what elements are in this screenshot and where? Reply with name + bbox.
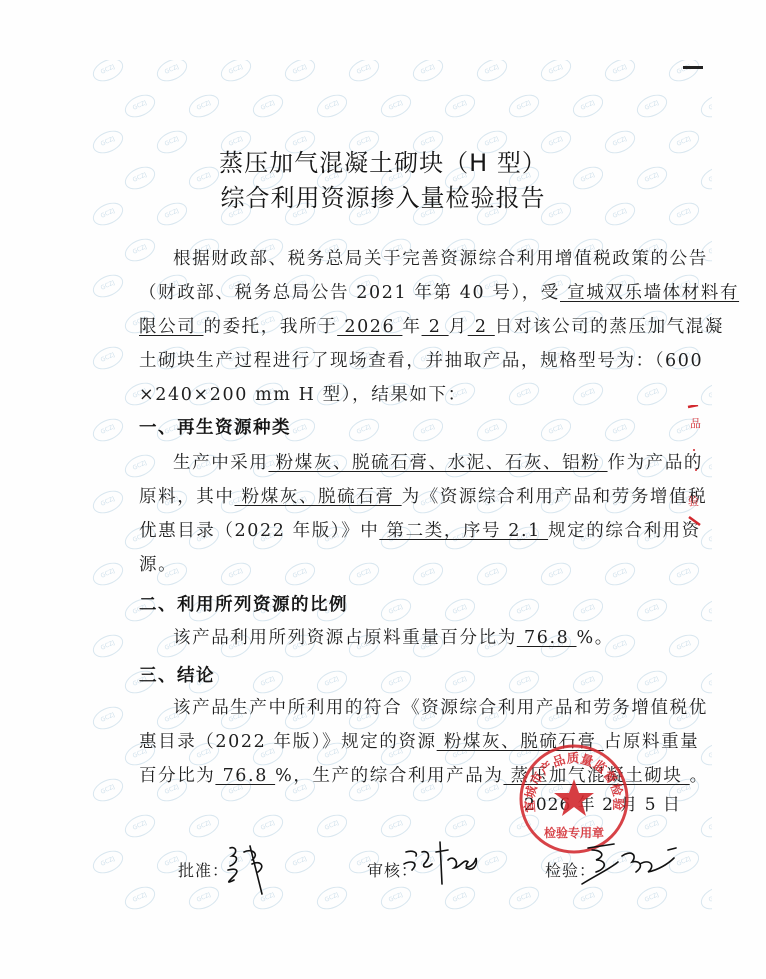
watermark-mark: GCZJ [633,594,670,626]
watermark-mark: GCZJ [409,60,446,86]
watermark-mark: GCZJ [92,60,127,86]
watermark-mark: GCZJ [345,414,382,446]
report-title-line2: 综合利用资源掺入量检验报告 [0,178,766,213]
watermark-mark: GCZJ [377,666,414,698]
intro-line-5: ×240×200 mm H 型），结果如下： [139,384,467,406]
watermark-mark: GCZJ [569,378,606,410]
catalog-reference: 第二类，序号 2.1 [379,521,548,541]
watermark-mark: GCZJ [281,60,318,86]
section1-line-1: 生产中采用 粉煤灰、脱硫石膏、水泥、石灰、铝粉 作为产品的 [173,452,703,474]
watermark-mark: GCZJ [665,558,702,590]
resource-percentage: 76.8 [517,628,577,648]
svg-text:验: 验 [688,494,699,508]
section3-line-1: 该产品生产中所利用的符合《资源综合利用产品和劳务增值税优 [173,697,708,719]
watermark-mark: GCZJ [537,414,574,446]
watermark-mark: GCZJ [121,90,158,122]
watermark-mark: GCZJ [505,90,542,122]
client-company: 宣城双乐墙体材料有 [560,283,739,303]
conclusion-percentage: 76.8 [215,766,275,786]
watermark-mark: GCZJ [505,882,542,914]
watermark-mark: GCZJ [92,342,127,374]
section1-line-4: 源。 [139,554,177,576]
watermark-mark: GCZJ [601,558,638,590]
report-page: GCZJGCZJGCZJGCZJGCZJGCZJGCZJGCZJGCZJGCZJ… [0,0,766,979]
star-icon [554,779,594,816]
watermark-mark: GCZJ [153,60,190,86]
approver-signature [222,838,292,908]
watermark-mark: GCZJ [313,882,350,914]
watermark-mark: GCZJ [92,558,127,590]
section1-heading: 一、再生资源种类 [139,414,291,439]
watermark-mark: GCZJ [537,60,574,86]
watermark-mark: GCZJ [377,90,414,122]
recycled-materials: 粉煤灰、脱硫石膏 [235,487,402,507]
watermark-mark: GCZJ [249,90,286,122]
watermark-mark: GCZJ [345,60,382,86]
watermark-mark: GCZJ [697,90,712,122]
watermark-mark: GCZJ [697,594,712,626]
watermark-mark: GCZJ [505,666,542,698]
section1-line-2: 原料，其中 粉煤灰、脱硫石膏 为《资源综合利用产品和劳务增值税 [139,486,707,508]
watermark-mark: GCZJ [409,558,446,590]
watermark-mark: GCZJ [569,594,606,626]
section1-line-3: 优惠目录（2022 年版）》中 第二类，序号 2.1 规定的综合利用资 [139,520,701,542]
intro-line-3: 限公司 的委托，我所于 2026 年 2 月 2 日对该公司的蒸压加气混凝 [139,316,724,338]
section2-heading: 二、利用所列资源的比例 [139,591,348,616]
watermark-mark: GCZJ [633,666,670,698]
watermark-mark: GCZJ [313,810,350,842]
watermark-mark: GCZJ [217,60,254,86]
watermark-mark: GCZJ [409,414,446,446]
watermark-mark: GCZJ [441,594,478,626]
inspection-month: 2 [422,317,449,337]
raw-materials: 粉煤灰、脱硫石膏、水泥、石灰、铝粉 [269,453,608,473]
seal-bottom-text: 检验专用章 [544,825,604,840]
intro-line-2: （财政部、税务总局公告 2021 年第 40 号），受 宣城双乐墙体材料有 [139,282,739,304]
watermark-mark: GCZJ [92,702,127,734]
report-title-line1: 蒸压加气混凝土砌块（H 型） [0,143,766,178]
intro-line-4: 土砌块生产过程进行了现场查看，并抽取产品，规格型号为：（600 [139,350,703,372]
watermark-mark: GCZJ [697,882,712,914]
watermark-mark: GCZJ [121,234,158,266]
intro-line-1: 根据财政部、税务总局关于完善资源综合利用增值税政策的公告 [173,248,708,270]
inspector-signature [578,840,688,890]
watermark-mark: GCZJ [697,810,712,842]
watermark-mark: GCZJ [537,558,574,590]
watermark-mark: GCZJ [505,594,542,626]
watermark-mark: GCZJ [633,90,670,122]
watermark-mark: GCZJ [601,414,638,446]
client-company-cont: 限公司 [139,317,203,337]
watermark-mark: GCZJ [92,414,127,446]
partial-seal-stamp: 品 验 [684,405,704,530]
watermark-mark: GCZJ [473,60,510,86]
watermark-mark: GCZJ [92,630,127,662]
inspection-day: 2 [468,317,495,337]
watermark-mark: GCZJ [313,666,350,698]
watermark-mark: GCZJ [185,90,222,122]
watermark-mark: GCZJ [121,810,158,842]
watermark-mark: GCZJ [441,666,478,698]
svg-text:品: 品 [690,417,701,430]
watermark-mark: GCZJ [345,558,382,590]
watermark-mark: GCZJ [697,666,712,698]
watermark-mark: GCZJ [441,90,478,122]
watermark-mark: GCZJ [92,774,127,806]
watermark-mark: GCZJ [569,666,606,698]
watermark-mark: GCZJ [377,594,414,626]
watermark-mark: GCZJ [473,558,510,590]
watermark-mark: GCZJ [665,60,702,86]
watermark-mark: GCZJ [121,450,158,482]
watermark-mark: GCZJ [92,486,127,518]
watermark-mark: GCZJ [505,378,542,410]
watermark-mark: GCZJ [601,60,638,86]
watermark-mark: GCZJ [92,846,127,878]
watermark-mark: GCZJ [665,630,702,662]
section2-line-1: 该产品利用所列资源占原料重量百分比为 76.8 %。 [173,627,614,649]
section3-heading: 三、结论 [139,662,215,687]
corner-mark [683,66,703,69]
reviewer-signature [402,838,497,893]
watermark-mark: GCZJ [313,90,350,122]
watermark-mark: GCZJ [281,558,318,590]
watermark-mark: GCZJ [92,270,127,302]
watermark-mark: GCZJ [633,378,670,410]
watermark-mark: GCZJ [249,666,286,698]
watermark-mark: GCZJ [185,810,222,842]
inspection-year: 2026 [337,317,402,337]
watermark-mark: GCZJ [185,882,222,914]
watermark-mark: GCZJ [569,90,606,122]
official-seal-stamp: 宣城市产品质量监督检验所 检验专用章 [518,743,630,855]
watermark-mark: GCZJ [217,558,254,590]
watermark-mark: GCZJ [121,882,158,914]
watermark-mark: GCZJ [473,414,510,446]
